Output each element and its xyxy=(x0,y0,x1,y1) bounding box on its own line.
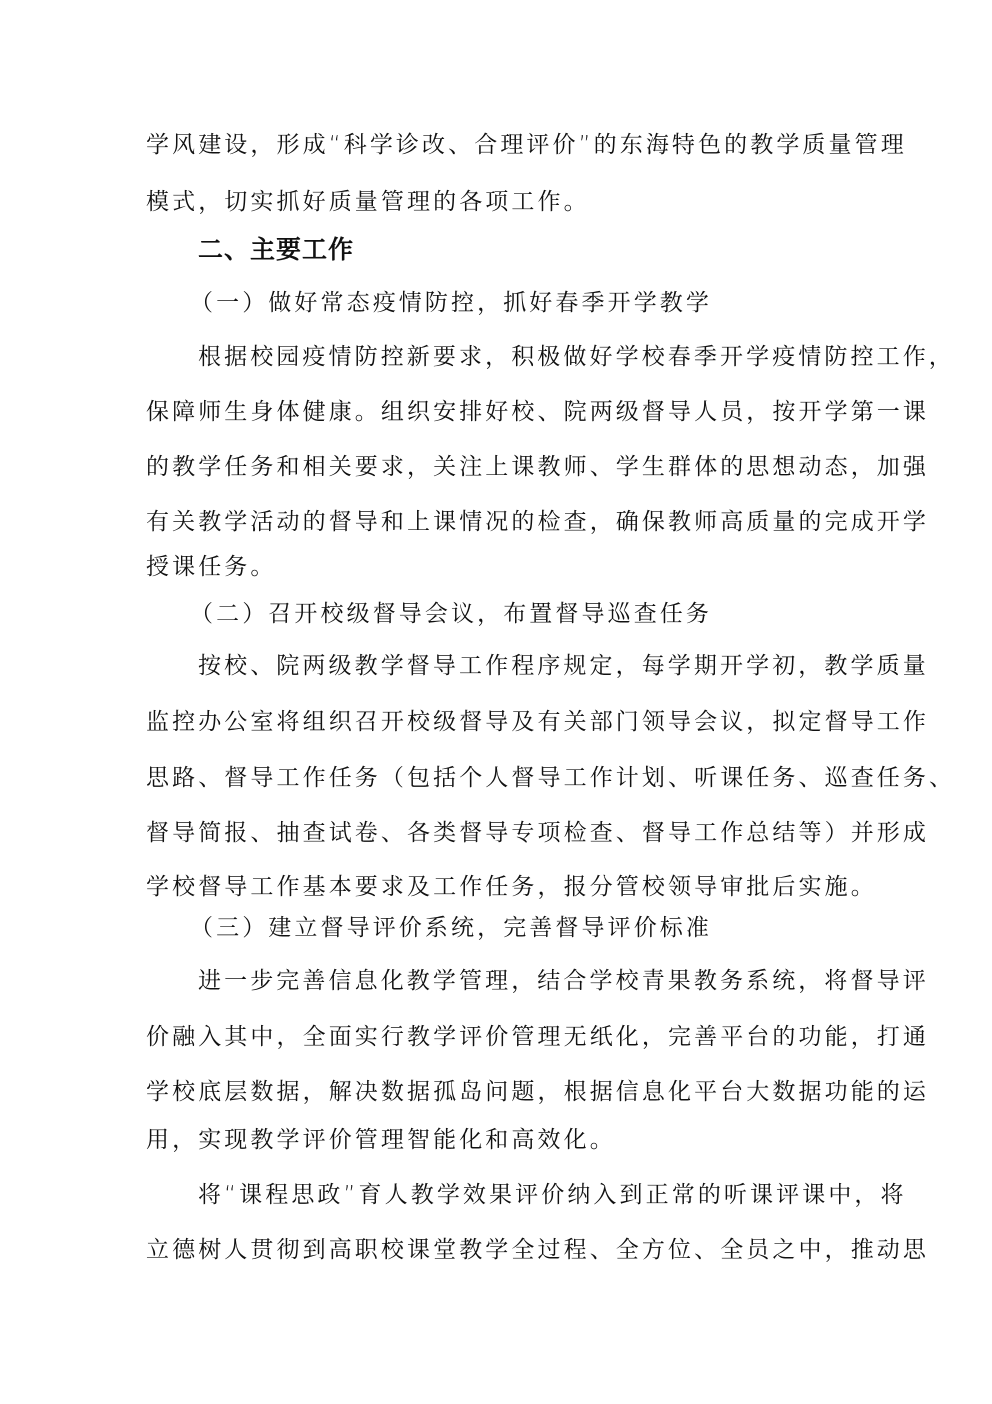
paragraph-line: 进一步完善信息化教学管理，结合学校青果教务系统，将督导评 xyxy=(198,966,929,996)
paragraph-line: 学校底层数据，解决数据孤岛问题，根据信息化平台大数据功能的运 xyxy=(146,1077,929,1107)
document-page: 学风建设，形成“科学诊改、合理评价”的东海特色的教学质量管理 模式，切实抓好质量… xyxy=(0,0,992,1404)
paragraph-line: 模式，切实抓好质量管理的各项工作。 xyxy=(146,187,590,217)
paragraph-line: 学风建设，形成“科学诊改、合理评价”的东海特色的教学质量管理 xyxy=(146,130,907,160)
paragraph-line: 思路、督导工作任务（包括个人督导工作计划、听课任务、巡查任务、 xyxy=(146,763,955,793)
subsection-heading: （一）做好常态疫情防控，抓好春季开学教学 xyxy=(190,288,712,318)
subsection-heading: （三）建立督导评价系统，完善督导评价标准 xyxy=(190,913,712,943)
paragraph-line: 有关教学活动的督导和上课情况的检查，确保教师高质量的完成开学 xyxy=(146,507,929,537)
paragraph-line: 立德树人贯彻到高职校课堂教学全过程、全方位、全员之中，推动思 xyxy=(146,1235,929,1265)
paragraph-line: 价融入其中，全面实行教学评价管理无纸化，完善平台的功能，打通 xyxy=(146,1022,929,1052)
paragraph-line: 学校督导工作基本要求及工作任务，报分管校领导审批后实施。 xyxy=(146,872,877,902)
paragraph-line: 保障师生身体健康。组织安排好校、院两级督导人员，按开学第一课 xyxy=(146,397,929,427)
paragraph-line: 监控办公室将组织召开校级督导及有关部门领导会议，拟定督导工作 xyxy=(146,707,929,737)
paragraph-line: 的教学任务和相关要求，关注上课教师、学生群体的思想动态，加强 xyxy=(146,452,929,482)
section-heading: 二、主要工作 xyxy=(198,235,354,265)
paragraph-line: 用，实现教学评价管理智能化和高效化。 xyxy=(146,1125,616,1155)
paragraph-line: 将“课程思政”育人教学效果评价纳入到正常的听课评课中，将 xyxy=(198,1180,907,1210)
paragraph-line: 按校、院两级教学督导工作程序规定，每学期开学初，教学质量 xyxy=(198,651,929,681)
subsection-heading: （二）召开校级督导会议，布置督导巡查任务 xyxy=(190,599,712,629)
paragraph-line: 根据校园疫情防控新要求，积极做好学校春季开学疫情防控工作， xyxy=(198,342,955,372)
paragraph-line: 督导简报、抽查试卷、各类督导专项检查、督导工作总结等）并形成 xyxy=(146,818,929,848)
paragraph-line: 授课任务。 xyxy=(146,552,277,582)
